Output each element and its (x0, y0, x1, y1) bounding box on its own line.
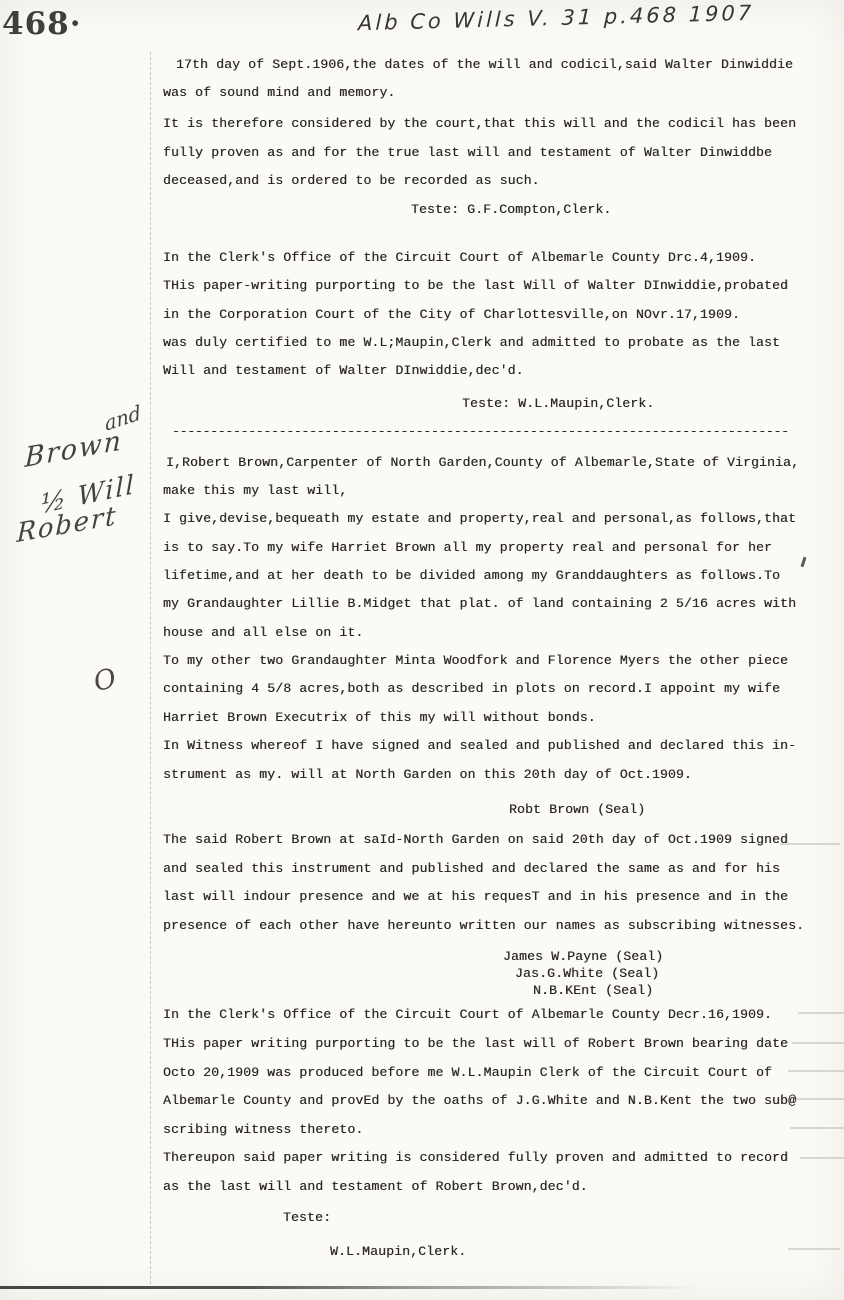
witness-seal-line: N.B.KEnt (Seal) (533, 983, 653, 998)
typed-line: is to say.To my wife Harriet Brown all m… (163, 540, 772, 555)
scan-artifact (800, 1157, 844, 1159)
teste-compton-line: Teste: G.F.Compton,Clerk. (411, 202, 611, 217)
typed-line: my Grandaughter Lillie B.Midget that pla… (163, 596, 796, 611)
typed-line: in the Corporation Court of the City of … (163, 307, 740, 322)
typed-line: Albemarle County and provEd by the oaths… (163, 1093, 796, 1108)
typed-line: house and all else on it. (163, 625, 363, 640)
separator-dashes: ----------------------------------------… (172, 424, 789, 439)
typed-line: To my other two Grandaughter Minta Woodf… (163, 653, 788, 668)
volume-page-annotation: Alb Co Wills V. 31 p.468 1907 (358, 1, 755, 35)
scanned-will-page: 468· Alb Co Wills V. 31 p.468 1907 and B… (0, 0, 844, 1300)
typed-line: Thereupon said paper writing is consider… (163, 1150, 788, 1165)
typed-line: I,Robert Brown,Carpenter of North Garden… (166, 455, 799, 470)
typed-line: last will indour presence and we at his … (163, 889, 788, 904)
typed-line: It is therefore considered by the court,… (163, 116, 796, 131)
scan-artifact (792, 1042, 844, 1044)
typed-line: The said Robert Brown at saId-North Gard… (163, 832, 788, 847)
typed-line: In the Clerk's Office of the Circuit Cou… (163, 250, 756, 265)
witness-seal-line: James W.Payne (Seal) (503, 949, 663, 964)
scan-artifact (788, 1248, 840, 1250)
margin-circle-mark: O (91, 663, 120, 698)
typed-line: was duly certified to me W.L;Maupin,Cler… (163, 335, 780, 350)
typed-line: Will and testament of Walter DInwiddie,d… (163, 363, 524, 378)
typed-line: Octo 20,1909 was produced before me W.L.… (163, 1065, 772, 1080)
teste-closing-line: Teste: (283, 1210, 331, 1225)
typed-line: was of sound mind and memory. (163, 85, 395, 100)
scan-artifact (798, 1012, 844, 1014)
witness-seal-line: Jas.G.White (Seal) (515, 966, 659, 981)
typed-line: THis paper writing purporting to be the … (163, 1036, 788, 1051)
typed-line: In the Clerk's Office of the Circuit Cou… (163, 1007, 772, 1022)
typed-line: and sealed this instrument and published… (163, 861, 780, 876)
typed-line: make this my last will, (163, 483, 347, 498)
typed-line: fully proven as and for the true last wi… (163, 145, 772, 160)
typed-line: as the last will and testament of Robert… (163, 1179, 588, 1194)
typed-line: THis paper-writing purporting to be the … (163, 278, 788, 293)
scan-mark (801, 557, 807, 567)
typed-line: deceased,and is ordered to be recorded a… (163, 173, 540, 188)
scan-artifact (788, 1070, 844, 1072)
typed-line: strument as my. will at North Garden on … (163, 767, 692, 782)
typed-line: 17th day of Sept.1906,the dates of the w… (176, 57, 793, 72)
typed-line: presence of each other have hereunto wri… (163, 918, 804, 933)
page-number: 468· (2, 6, 82, 42)
typed-line: containing 4 5/8 acres,both as described… (163, 681, 780, 696)
typed-line: scribing witness thereto. (163, 1122, 363, 1137)
page-fold-line (150, 52, 152, 1284)
typed-line: In Witness whereof I have signed and sea… (163, 738, 796, 753)
typed-line: Harriet Brown Executrix of this my will … (163, 710, 596, 725)
scan-artifact (780, 843, 840, 845)
clerk-signature-line: W.L.Maupin,Clerk. (330, 1244, 466, 1259)
robt-brown-seal-line: Robt Brown (Seal) (509, 802, 645, 817)
typed-line: lifetime,and at her death to be divided … (163, 568, 780, 583)
typed-line: I give,devise,bequeath my estate and pro… (163, 511, 796, 526)
scan-artifact (790, 1127, 844, 1129)
margin-note-brown: Brown (24, 425, 123, 474)
teste-maupin-line: Teste: W.L.Maupin,Clerk. (462, 396, 654, 411)
scan-bottom-edge (0, 1286, 700, 1289)
scan-artifact (794, 1098, 844, 1100)
